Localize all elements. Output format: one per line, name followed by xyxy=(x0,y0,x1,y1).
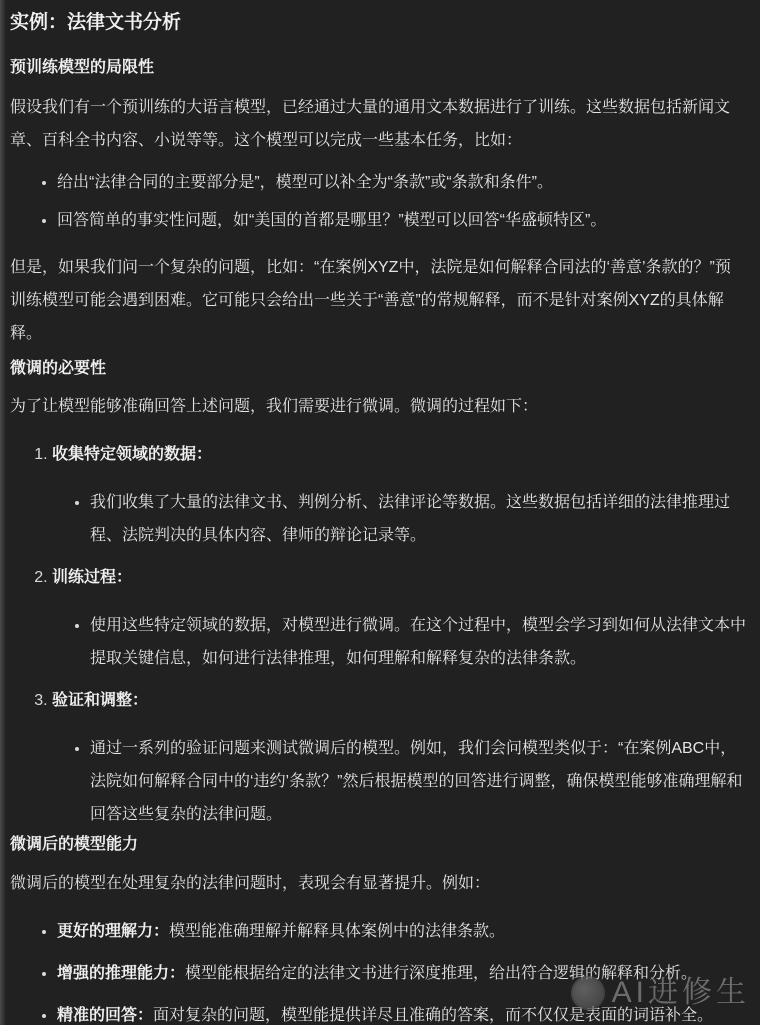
capability-label: 增强的推理能力： xyxy=(57,965,185,982)
step-detail-list: 通过一系列的验证问题来测试微调后的模型。例如，我们会问模型类似于：“在案例ABC… xyxy=(52,732,746,831)
basic-tasks-list: 给出“法律合同的主要部分是”，模型可以补全为“条款”或“条款和条件”。 回答简单… xyxy=(10,166,746,237)
list-item-text: 回答简单的事实性问题，如“美国的首都是哪里？”模型可以回答“华盛顿特区”。 xyxy=(57,212,606,229)
section-heading-finetune-need: 微调的必要性 xyxy=(10,358,746,380)
numbered-item-collect-data: 收集特定领域的数据： 我们收集了大量的法律文书、判例分析、法律评论等数据。这些数… xyxy=(52,438,746,552)
list-item-reasoning: 增强的推理能力：模型能根据给定的法律文书进行深度推理，给出符合逻辑的解释和分析。 xyxy=(57,957,746,990)
capability-text: 模型能准确理解并解释具体案例中的法律条款。 xyxy=(169,923,505,940)
paragraph-complex-question: 但是，如果我们问一个复杂的问题，比如：“在案例XYZ中，法院是如何解释合同法的‘… xyxy=(10,251,746,350)
section-heading-pretrain-limits: 预训练模型的局限性 xyxy=(10,57,746,79)
list-item-text: 我们收集了大量的法律文书、判例分析、法律评论等数据。这些数据包括详细的法律推理过… xyxy=(90,494,730,544)
step-label: 收集特定领域的数据： xyxy=(52,446,212,463)
paragraph-pretrain-intro: 假设我们有一个预训练的大语言模型，已经通过大量的通用文本数据进行了训练。这些数据… xyxy=(10,91,746,157)
page-title: 实例：法律文书分析 xyxy=(10,8,746,38)
article: 实例：法律文书分析 预训练模型的局限性 假设我们有一个预训练的大语言模型，已经通… xyxy=(0,0,760,1025)
list-item-accurate-answer: 精准的回答：面对复杂的问题，模型能提供详尽且准确的答案，而不仅仅是表面的词语补全… xyxy=(57,999,746,1025)
list-item: 给出“法律合同的主要部分是”，模型可以补全为“条款”或“条款和条件”。 xyxy=(57,166,746,199)
capability-label: 精准的回答： xyxy=(57,1007,153,1024)
paragraph-ability-intro: 微调后的模型在处理复杂的法律问题时，表现会有显著提升。例如： xyxy=(10,867,746,900)
step-detail-list: 使用这些特定领域的数据，对模型进行微调。在这个过程中，模型会学习到如何从法律文本… xyxy=(52,609,746,675)
capability-label: 更好的理解力： xyxy=(57,923,169,940)
list-item: 使用这些特定领域的数据，对模型进行微调。在这个过程中，模型会学习到如何从法律文本… xyxy=(90,609,746,675)
capability-text: 模型能根据给定的法律文书进行深度推理，给出符合逻辑的解释和分析。 xyxy=(185,965,697,982)
numbered-item-training: 训练过程： 使用这些特定领域的数据，对模型进行微调。在这个过程中，模型会学习到如… xyxy=(52,561,746,675)
list-item: 通过一系列的验证问题来测试微调后的模型。例如，我们会问模型类似于：“在案例ABC… xyxy=(90,732,746,831)
capability-list: 更好的理解力：模型能准确理解并解释具体案例中的法律条款。 增强的推理能力：模型能… xyxy=(10,915,746,1025)
list-item-understanding: 更好的理解力：模型能准确理解并解释具体案例中的法律条款。 xyxy=(57,915,746,948)
numbered-item-validate-adjust: 验证和调整： 通过一系列的验证问题来测试微调后的模型。例如，我们会问模型类似于：… xyxy=(52,684,746,831)
list-item-text: 给出“法律合同的主要部分是”，模型可以补全为“条款”或“条款和条件”。 xyxy=(57,174,553,191)
list-item: 我们收集了大量的法律文书、判例分析、法律评论等数据。这些数据包括详细的法律推理过… xyxy=(90,486,746,552)
list-item-text: 通过一系列的验证问题来测试微调后的模型。例如，我们会问模型类似于：“在案例ABC… xyxy=(90,740,742,823)
left-edge-strip xyxy=(0,0,6,1025)
paragraph-finetune-intro: 为了让模型能够准确回答上述问题，我们需要进行微调。微调的过程如下： xyxy=(10,390,746,423)
step-detail-list: 我们收集了大量的法律文书、判例分析、法律评论等数据。这些数据包括详细的法律推理过… xyxy=(52,486,746,552)
step-label: 训练过程： xyxy=(52,569,132,586)
capability-text: 面对复杂的问题，模型能提供详尽且准确的答案，而不仅仅是表面的词语补全。 xyxy=(153,1007,713,1024)
step-label: 验证和调整： xyxy=(52,692,148,709)
list-item-text: 使用这些特定领域的数据，对模型进行微调。在这个过程中，模型会学习到如何从法律文本… xyxy=(90,617,746,667)
list-item: 回答简单的事实性问题，如“美国的首都是哪里？”模型可以回答“华盛顿特区”。 xyxy=(57,204,746,237)
finetune-steps-list: 收集特定领域的数据： 我们收集了大量的法律文书、判例分析、法律评论等数据。这些数… xyxy=(10,438,746,831)
section-heading-finetuned-ability: 微调后的模型能力 xyxy=(10,834,746,856)
